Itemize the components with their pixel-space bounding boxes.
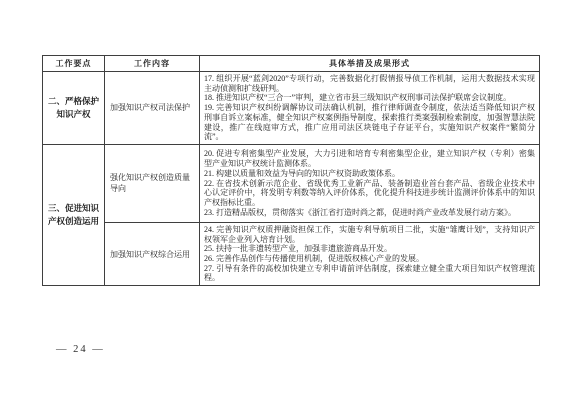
content-cell-judicial-protection: 加强知识产权司法保护 — [105, 72, 200, 145]
measure-item-20: 20. 促进专利密集型产业发展，大力引进和培育专利密集型企业，建立知识产权（专利… — [204, 149, 535, 168]
measures-cell-quality: 20. 促进专利密集型产业发展，大力引进和培育专利密集型企业，建立知识产权（专利… — [200, 144, 540, 222]
col-header-keypoint: 工作要点 — [43, 56, 105, 72]
table-row-comprehensive-utilization: 加强知识产权综合运用 24. 完善知识产权质押融资担保工作，实施专利导航项目二批… — [43, 222, 540, 285]
measures-cell-judicial: 17. 组织开展“蓝剑2020”专项行动，完善数据化打假情报导侦工作机制，运用大… — [200, 72, 540, 145]
document-page: 工作要点 工作内容 具体举措及成果形式 二、严格保护知识产权 加强知识产权司法保… — [0, 0, 565, 400]
measure-item-19: 19. 完善知识产权纠纷调解协议司法确认机制，推行律师调查令制度，依法适当降低知… — [204, 103, 535, 142]
measure-item-21: 21. 构建以质量和效益为导向的知识产权资助政策体系。 — [204, 169, 535, 179]
table-header-row: 工作要点 工作内容 具体举措及成果形式 — [43, 56, 540, 72]
table-row-creation-quality: 三、促进知识产权创造运用 强化知识产权创造质量导向 20. 促进专利密集型产业发… — [43, 144, 540, 222]
col-header-measures: 具体举措及成果形式 — [200, 56, 540, 72]
page-number: — 24 — — [56, 344, 105, 355]
col-header-content: 工作内容 — [105, 56, 200, 72]
measure-item-17: 17. 组织开展“蓝剑2020”专项行动，完善数据化打假情报导侦工作机制，运用大… — [204, 74, 535, 93]
measure-item-25: 25. 扶持一批非遗转型产业，加强非遗旅游商品开发。 — [204, 244, 535, 254]
content-cell-comprehensive-utilization: 加强知识产权综合运用 — [105, 222, 200, 285]
measure-item-27: 27. 引导有条件的高校加快建立专利申请前评估制度，探索建立健全重大项目知识产权… — [204, 264, 535, 283]
measure-item-18: 18. 推进知识产权“三合一”审判，建立省市县三级知识产权刑事司法保护联席会议制… — [204, 93, 535, 103]
keypoint-cell-promote-creation: 三、促进知识产权创造运用 — [43, 144, 105, 285]
measure-item-26: 26. 完善作品创作与传播使用机制，促进版权核心产业的发展。 — [204, 254, 535, 264]
table-row-judicial-protection: 二、严格保护知识产权 加强知识产权司法保护 17. 组织开展“蓝剑2020”专项… — [43, 72, 540, 145]
measure-item-24: 24. 完善知识产权质押融资担保工作，实施专利导航项目二批，实施“雏鹰计划”，支… — [204, 225, 535, 244]
content-cell-quality-orientation: 强化知识产权创造质量导向 — [105, 144, 200, 222]
measure-item-22: 22. 在省技术创新示范企业、省级优秀工业新产品、装备制造业首台套产品、省级企业… — [204, 179, 535, 208]
measure-item-23: 23. 打造精品版权，贯彻落实《浙江省打造时尚之都，促进时尚产业改革发展行动方案… — [204, 208, 535, 218]
measures-cell-utilization: 24. 完善知识产权质押融资担保工作，实施专利导航项目二批，实施“雏鹰计划”，支… — [200, 222, 540, 285]
work-plan-table: 工作要点 工作内容 具体举措及成果形式 二、严格保护知识产权 加强知识产权司法保… — [42, 55, 540, 286]
keypoint-cell-protect-ip: 二、严格保护知识产权 — [43, 72, 105, 145]
